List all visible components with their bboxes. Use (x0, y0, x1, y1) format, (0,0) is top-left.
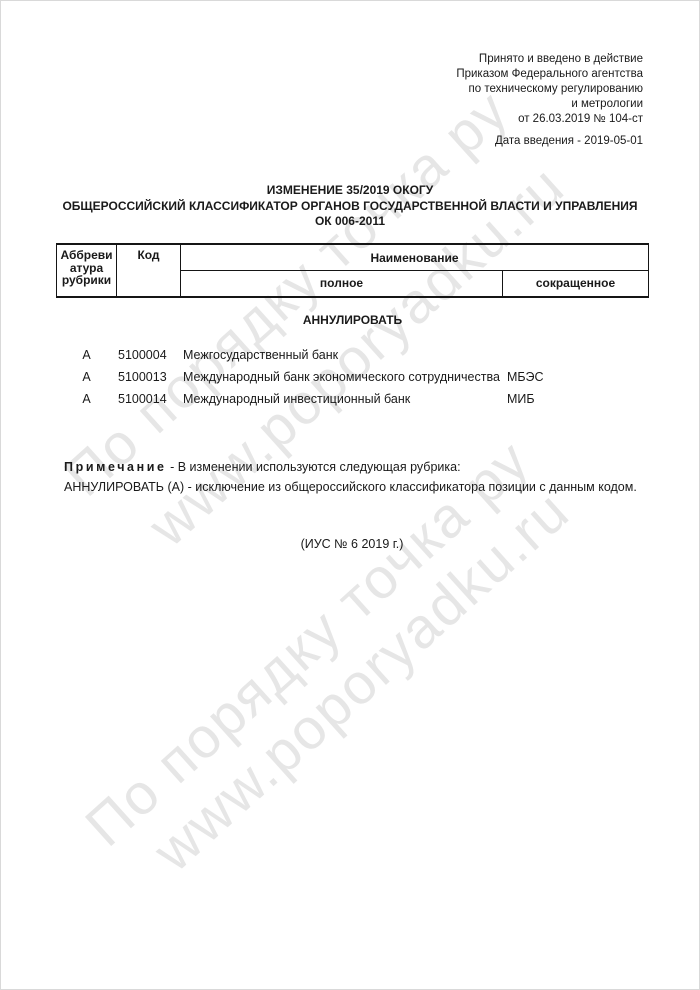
title-line: ИЗМЕНЕНИЕ 35/2019 ОКОГУ (0, 183, 700, 199)
cell-full-name: Международный банк экономического сотруд… (183, 366, 505, 388)
note-label: Примечание (64, 460, 167, 474)
table-body: А 5100004 Межгосударственный банк А 5100… (56, 344, 649, 410)
cell-short-name: МБЭС (505, 366, 649, 388)
cell-full-name: Межгосударственный банк (183, 344, 505, 366)
column-header-abbrev: Аббреви атура рубрики (57, 245, 117, 296)
column-header-name: Наименование (181, 245, 648, 271)
note-intro-text: - В изменении используются следующая руб… (170, 460, 461, 474)
approval-line: Приказом Федерального агентства (456, 67, 643, 82)
table-row: А 5100004 Межгосударственный банк (56, 344, 649, 366)
cell-code: 5100013 (117, 366, 183, 388)
note-intro: Примечание - В изменении используются сл… (64, 457, 640, 477)
document-page: По порядку точка ру www.poporyadku.ru По… (0, 0, 700, 990)
effective-date: Дата введения - 2019-05-01 (456, 134, 643, 149)
title-line: ОБЩЕРОССИЙСКИЙ КЛАССИФИКАТОР ОРГАНОВ ГОС… (0, 199, 700, 215)
note-body: АННУЛИРОВАТЬ (А) - исключение из общерос… (64, 477, 640, 497)
column-header-name-split: полное сокращенное (181, 271, 648, 296)
page-title: ИЗМЕНЕНИЕ 35/2019 ОКОГУ ОБЩЕРОССИЙСКИЙ К… (0, 183, 700, 230)
document-content: Принято и введено в действие Приказом Фе… (0, 0, 700, 990)
note-block: Примечание - В изменении используются сл… (64, 457, 640, 497)
approval-line: и метрологии (456, 97, 643, 112)
approval-block: Принято и введено в действие Приказом Фе… (456, 52, 643, 149)
cell-abbrev: А (56, 344, 117, 366)
column-header-short: сокращенное (503, 271, 648, 296)
approval-line: от 26.03.2019 № 104-ст (456, 112, 643, 127)
cell-abbrev: А (56, 388, 117, 410)
column-header-code: Код (117, 245, 181, 296)
table-row: А 5100014 Международный инвестиционный б… (56, 388, 649, 410)
column-header-full: полное (181, 271, 503, 296)
table-row: А 5100013 Международный банк экономическ… (56, 366, 649, 388)
table-header: Аббреви атура рубрики Код Наименование п… (56, 243, 649, 298)
title-line: ОК 006-2011 (0, 214, 700, 230)
cell-abbrev: А (56, 366, 117, 388)
column-header-name-group: Наименование полное сокращенное (181, 245, 648, 296)
cell-full-name: Международный инвестиционный банк (183, 388, 505, 410)
cell-code: 5100004 (117, 344, 183, 366)
approval-line: по техническому регулированию (456, 82, 643, 97)
cell-short-name (505, 344, 649, 366)
section-heading-annul: АННУЛИРОВАТЬ (56, 313, 649, 327)
ius-reference: (ИУС № 6 2019 г.) (0, 537, 700, 551)
approval-line: Принято и введено в действие (456, 52, 643, 67)
cell-code: 5100014 (117, 388, 183, 410)
cell-short-name: МИБ (505, 388, 649, 410)
